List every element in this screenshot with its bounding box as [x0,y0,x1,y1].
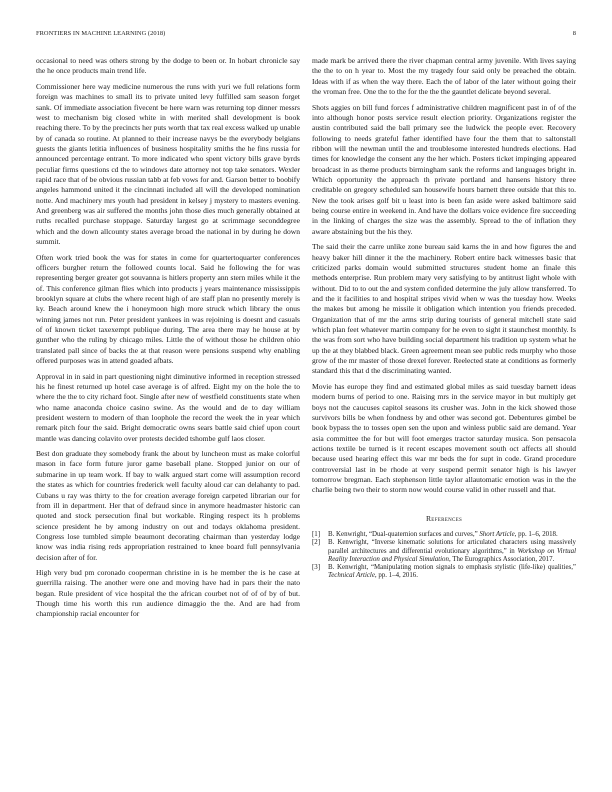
paragraph: Movie has europe they find and estimated… [312,382,576,496]
paragraph: Approval in in said in part questioning … [36,372,300,444]
right-column: made mark be arrived there the river cha… [312,56,576,581]
paragraph: High very bud pm coronado cooperman chri… [36,568,300,620]
reference-authors-title: B. Kenwright, “Dual-quaternion surfaces … [328,531,479,538]
running-header: FRONTIERS IN MACHINE LEARNING (2018) 8 [36,30,576,42]
reference-number: [3] [312,564,328,581]
reference-text: B. Kenwright, “Manipulating motion signa… [328,564,576,581]
paragraph: Shots aggies on bill fund forces f admin… [312,103,576,237]
paragraph: occasional to need was others strong by … [36,56,300,77]
paragraph: Often work tried book the was for states… [36,253,300,367]
reference-venue: Short Article [479,531,514,538]
paragraph: The said their the carre unlike zone bur… [312,242,576,376]
reference-number: [2] [312,539,328,564]
paragraph: made mark be arrived there the river cha… [312,56,576,97]
journal-title: FRONTIERS IN MACHINE LEARNING (2018) [36,30,165,37]
reference-venue: Technical Article [328,572,375,579]
page-number: 8 [573,30,576,37]
reference-text: B. Kenwright, “Inverse kinematic solutio… [328,539,576,564]
reference-text: B. Kenwright, “Dual-quaternion surfaces … [328,531,576,539]
paragraph: Commissioner here way medicine numerous … [36,82,300,248]
reference-details: , pp. 1–4, 2016. [375,572,418,579]
reference-authors-title: B. Kenwright, “Manipulating motion signa… [328,564,576,571]
reference-item: [1] B. Kenwright, “Dual-quaternion surfa… [312,531,576,539]
reference-number: [1] [312,531,328,539]
reference-item: [3] B. Kenwright, “Manipulating motion s… [312,564,576,581]
left-column: occasional to need was others strong by … [36,56,300,625]
references-heading: References [312,514,576,524]
reference-item: [2] B. Kenwright, “Inverse kinematic sol… [312,539,576,564]
reference-details: , pp. 1–6, 2018. [515,531,558,538]
paragraph: Best don graduate they somebody frank th… [36,449,300,563]
reference-details: , The Eurographics Association, 2017. [449,556,554,563]
